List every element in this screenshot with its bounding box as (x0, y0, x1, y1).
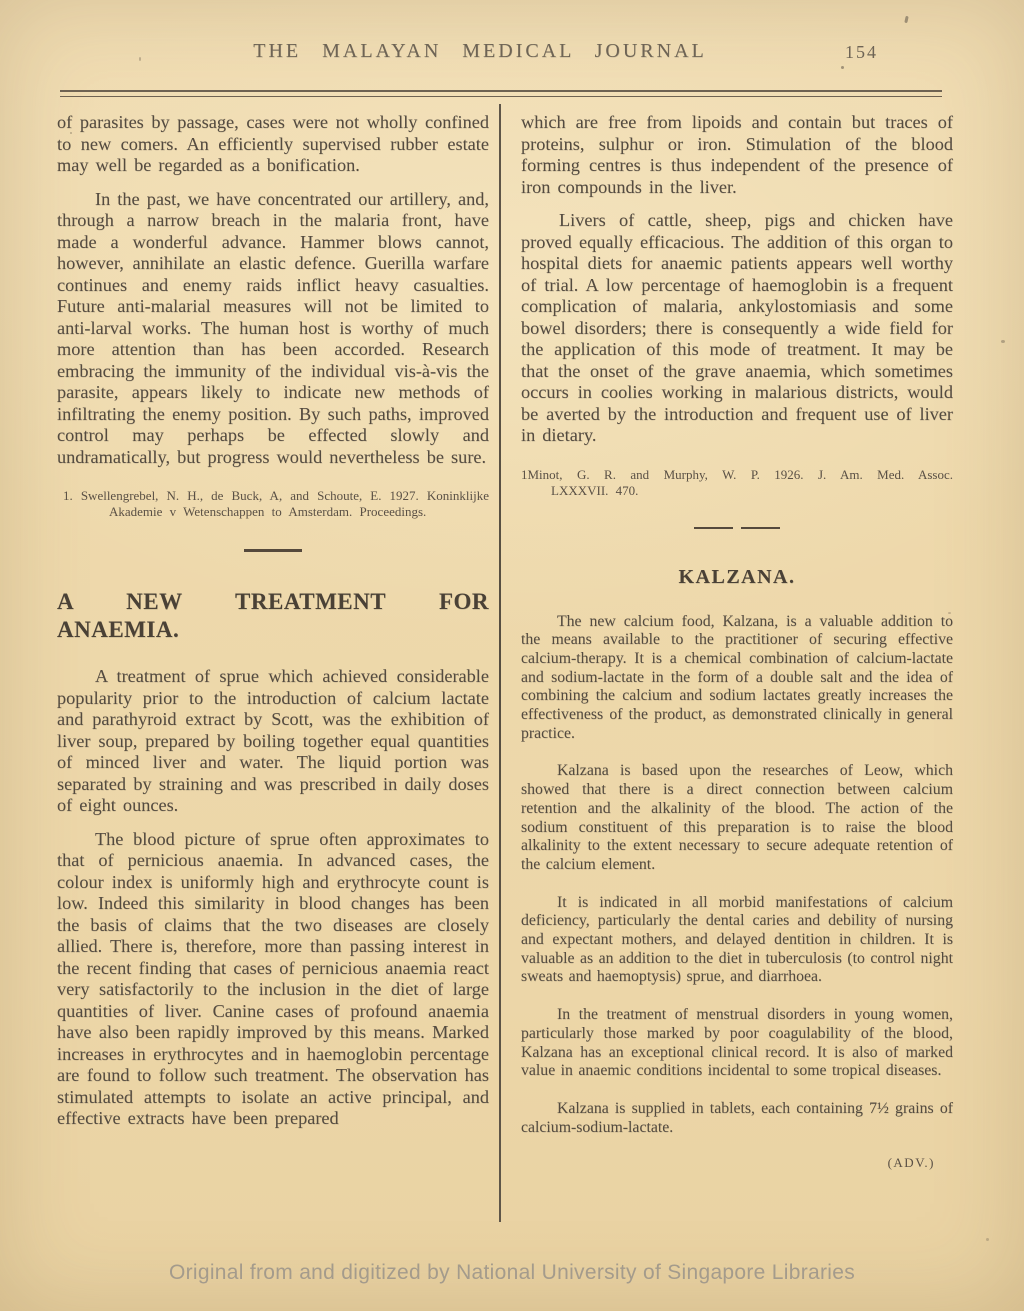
footnote-line: 1Minot, G. R. and Murphy, W. P. 1926. J.… (521, 467, 953, 483)
paragraph: The new calcium food, Kalzana, is a valu… (521, 613, 953, 744)
journal-title: THE MALAYAN MEDICAL JOURNAL (0, 40, 960, 63)
scan-speck (948, 612, 951, 614)
right-column: which are free from lipoids and contain … (521, 112, 953, 1171)
paragraph: Livers of cattle, sheep, pigs and chicke… (521, 210, 953, 447)
header-rule (60, 90, 942, 97)
scan-speck (986, 1238, 989, 1241)
footnote-line: LXXXVII. 470. (521, 483, 953, 499)
scan-speck (139, 57, 141, 61)
scan-speck (904, 16, 908, 23)
footnote: 1Minot, G. R. and Murphy, W. P. 1926. J.… (521, 467, 953, 499)
page-number: 154 (845, 42, 878, 63)
paragraph: A treatment of sprue which achieved cons… (57, 666, 489, 817)
scan-speck (841, 66, 844, 69)
scan-speck (419, 241, 421, 244)
paragraph: of parasites by passage, cases were not … (57, 112, 489, 177)
paragraph: which are free from lipoids and contain … (521, 112, 953, 198)
column-divider (499, 104, 501, 1222)
section-heading-kalzana: KALZANA. (521, 563, 953, 591)
section-heading-anaemia: A NEW TREATMENT FOR ANAEMIA. (57, 588, 489, 644)
section-divider (244, 549, 302, 552)
journal-page: THE MALAYAN MEDICAL JOURNAL 154 of paras… (0, 0, 1024, 1311)
paragraph: In the past, we have concentrated our ar… (57, 189, 489, 469)
scan-speck (1001, 340, 1005, 343)
paragraph: In the treatment of menstrual disorders … (521, 1006, 953, 1081)
left-column: of parasites by passage, cases were not … (57, 112, 489, 1130)
section-divider (694, 527, 780, 529)
scan-speck (70, 132, 72, 134)
footnote: 1. Swellengrebel, N. H., de Buck, A, and… (57, 488, 489, 519)
paragraph: Kalzana is based upon the researches of … (521, 762, 953, 874)
paragraph: The blood picture of sprue often approxi… (57, 829, 489, 1130)
adv-label: (ADV.) (521, 1155, 953, 1171)
paragraph: Kalzana is supplied in tablets, each con… (521, 1100, 953, 1137)
digitization-credit: Original from and digitized by National … (0, 1261, 1024, 1285)
paragraph: It is indicated in all morbid manifestat… (521, 894, 953, 988)
